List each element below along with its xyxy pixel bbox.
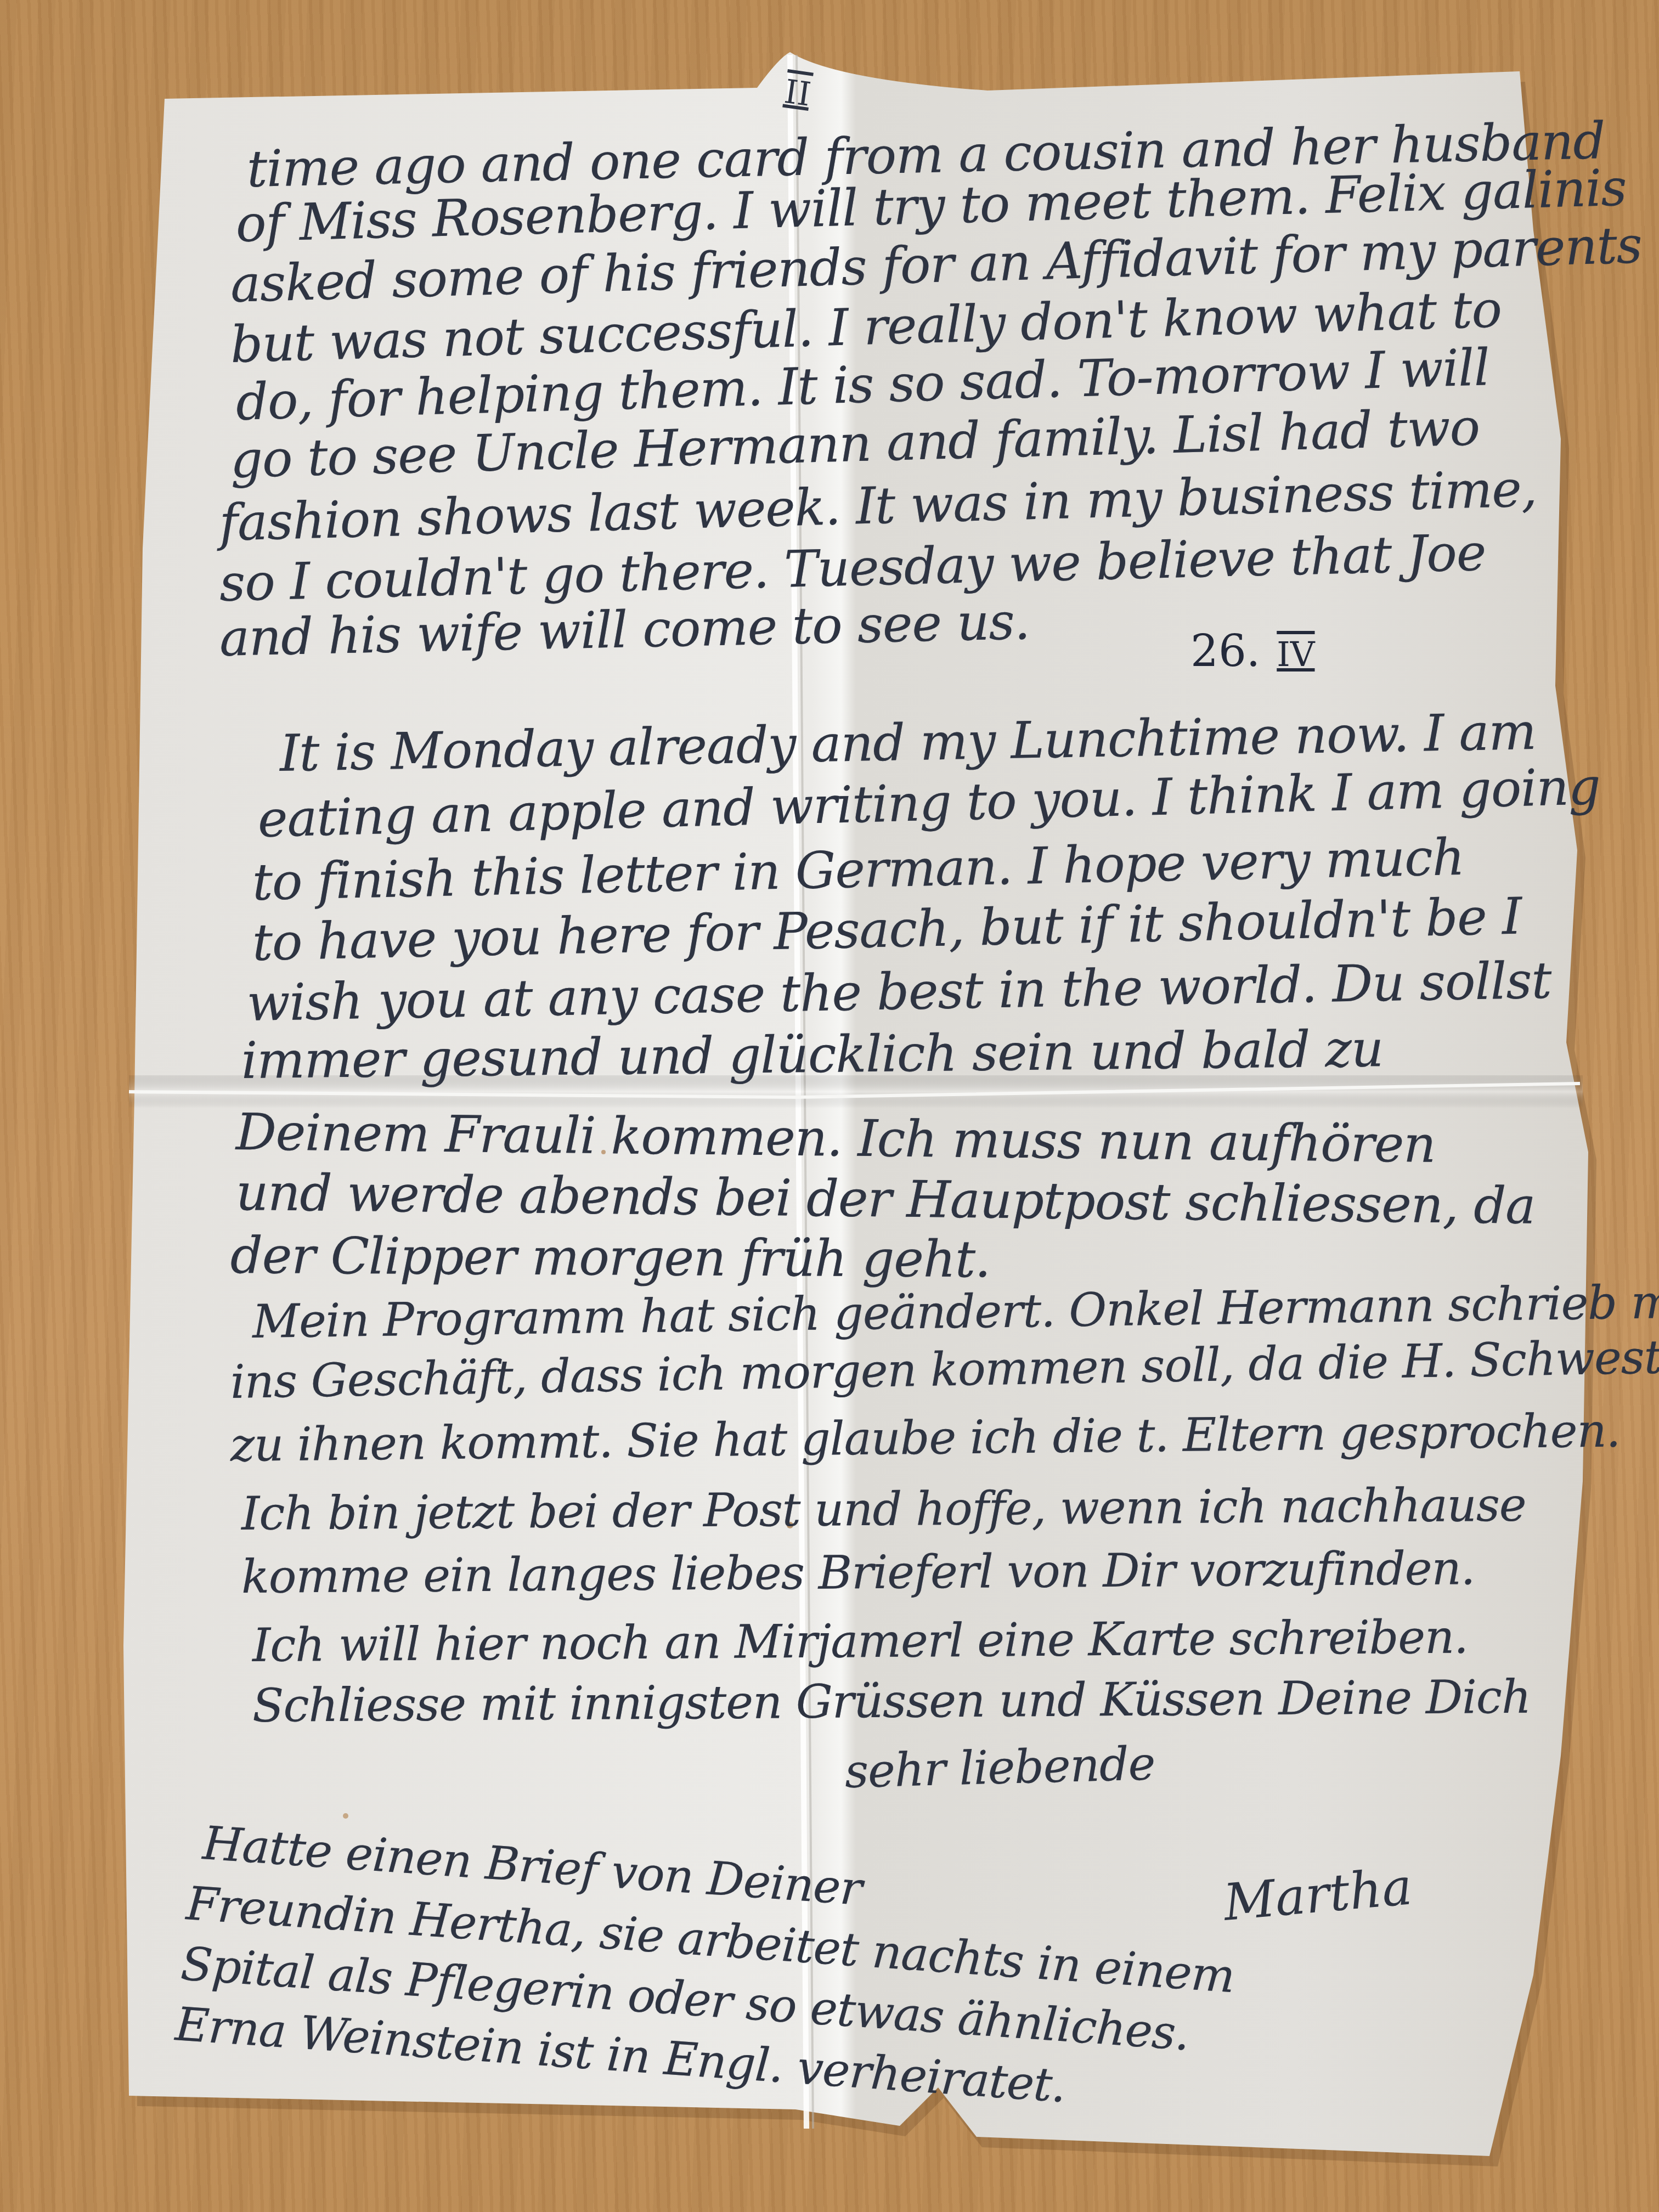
page-number: II: [782, 72, 813, 114]
closing-line: sehr liebende: [844, 1736, 1156, 1798]
date-day: 26.: [1190, 625, 1260, 676]
letter-line: Schliesse mit innigsten Grüssen und Küss…: [252, 1670, 1531, 1733]
letter-line: immer gesund und glücklich sein und bald…: [241, 1019, 1383, 1090]
date-month: IV: [1277, 634, 1314, 674]
letter-line: Ich bin jetzt bei der Post und hoffe, we…: [241, 1478, 1526, 1541]
letter-line: Ich will hier noch an Mirjamerl eine Kar…: [252, 1610, 1469, 1672]
letter-sheet: II time ago and one card from a cousin a…: [0, 0, 1659, 2212]
letter-line: komme ein langes liebes Brieferl von Dir…: [241, 1541, 1475, 1604]
letter-line: Deinem Frauli kommen. Ich muss nun aufhö…: [235, 1103, 1436, 1174]
date-mark: 26.IV: [1190, 625, 1315, 676]
letter-line: der Clipper morgen früh geht.: [230, 1226, 991, 1289]
